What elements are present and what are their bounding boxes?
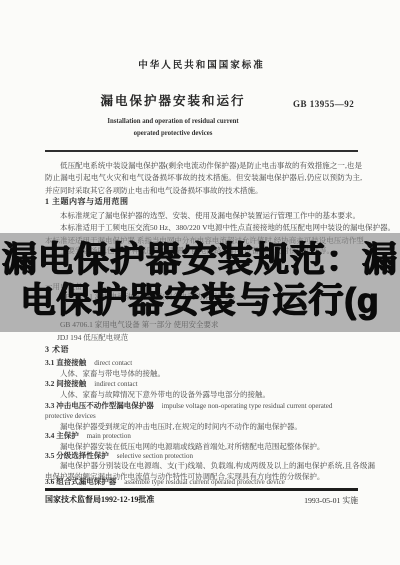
term-3-3-definition: 漏电保护器受到规定的冲击电压时,在规定的时间内不动作的漏电保护器。 <box>60 422 302 431</box>
term-3-2-definition: 人体、家畜与故障情况下意外带电的设备外露导电部分的接触。 <box>60 390 270 399</box>
term-3-5-cn: 3.5 分级选择性保护 <box>45 451 109 460</box>
band-faint-line-5: GB 4706.1 家用电气设备 第一部分 使用安全要求 <box>60 320 219 329</box>
section1-scope-line1: 本标准规定了漏电保护器的选型、安装、使用及漏电保护装置运行管理工作中的基本要求。 <box>60 211 360 220</box>
effective-date: 1993-05-01 实施 <box>304 496 358 505</box>
term-3-6: 3.6 组合式漏电保护器assemble type residual curre… <box>45 477 285 487</box>
term-3-3-cn: 3.3 冲击电压不动作型漏电保护器 <box>45 401 154 410</box>
term-3-3: 3.3 冲击电压不动作型漏电保护器impulse voltage non-ope… <box>45 401 332 411</box>
term-3-2-en: indirect contact <box>94 380 137 388</box>
term-3-2: 3.2 间接接触indirect contact <box>45 379 138 389</box>
standard-title-en-line2: operated protective devices <box>48 129 298 138</box>
term-3-1-definition: 人体、家畜与带电导体的接触。 <box>60 369 165 378</box>
overlay-title-line2: 电保护器安装与运行(g <box>0 282 400 320</box>
national-standard-label: 中华人民共和国国家标准 <box>45 62 358 71</box>
term-3-3-en: impulse voltage non-operating type resid… <box>162 402 333 410</box>
term-3-5-en: selective section protection <box>117 452 193 460</box>
overlay-title-line1: 漏电保护器安装规范：漏 <box>0 241 400 279</box>
approval-authority-date: 国家技术监督局1992-12-19批准 <box>45 495 154 504</box>
standard-title-en-line1: Installation and operation of residual c… <box>48 117 298 126</box>
header-divider-rule <box>45 150 358 152</box>
section1-scope-line2: 本标准适用于工频电压交流50 Hz、380/220 V电源中性点直接接地的低压配… <box>60 223 395 232</box>
footer-divider-rule <box>45 488 358 491</box>
term-3-4-definition: 漏电保护器安装在低压电网的电源端或线路首端处,对所辖配电范围起整体保护。 <box>60 442 324 451</box>
term-3-4-cn: 3.4 主保护 <box>45 431 79 440</box>
term-3-1-cn: 3.1 直接接触 <box>45 358 86 367</box>
term-3-3-en-continued: protective devices <box>45 412 96 421</box>
term-3-2-cn: 3.2 间接接触 <box>45 379 86 388</box>
standard-code: GB 13955—92 <box>293 100 354 109</box>
term-3-6-en: assemble type residual current operated … <box>124 478 285 486</box>
reference-line-jdj194: JDJ 194 低压配电规范 <box>57 333 128 342</box>
term-3-4-en: main protection <box>87 432 131 440</box>
section1-heading: 1 主题内容与适用范围 <box>45 197 129 206</box>
term-3-1: 3.1 直接接触direct contact <box>45 358 132 368</box>
term-3-6-cn: 3.6 组合式漏电保护器 <box>45 477 116 486</box>
document-page: 中华人民共和国国家标准 漏电保护器安装和运行 GB 13955—92 Insta… <box>0 0 400 565</box>
foreword-paragraph: 低压配电系统中装设漏电保护器(剩余电流动作保护器)是防止电击事故的有效措施之一,… <box>45 160 362 197</box>
standard-title-cn: 漏电保护器安装和运行 <box>45 97 301 106</box>
term-3-1-en: direct contact <box>94 359 132 367</box>
term-3-4: 3.4 主保护main protection <box>45 431 131 441</box>
section3-heading: 3 术语 <box>45 345 69 354</box>
